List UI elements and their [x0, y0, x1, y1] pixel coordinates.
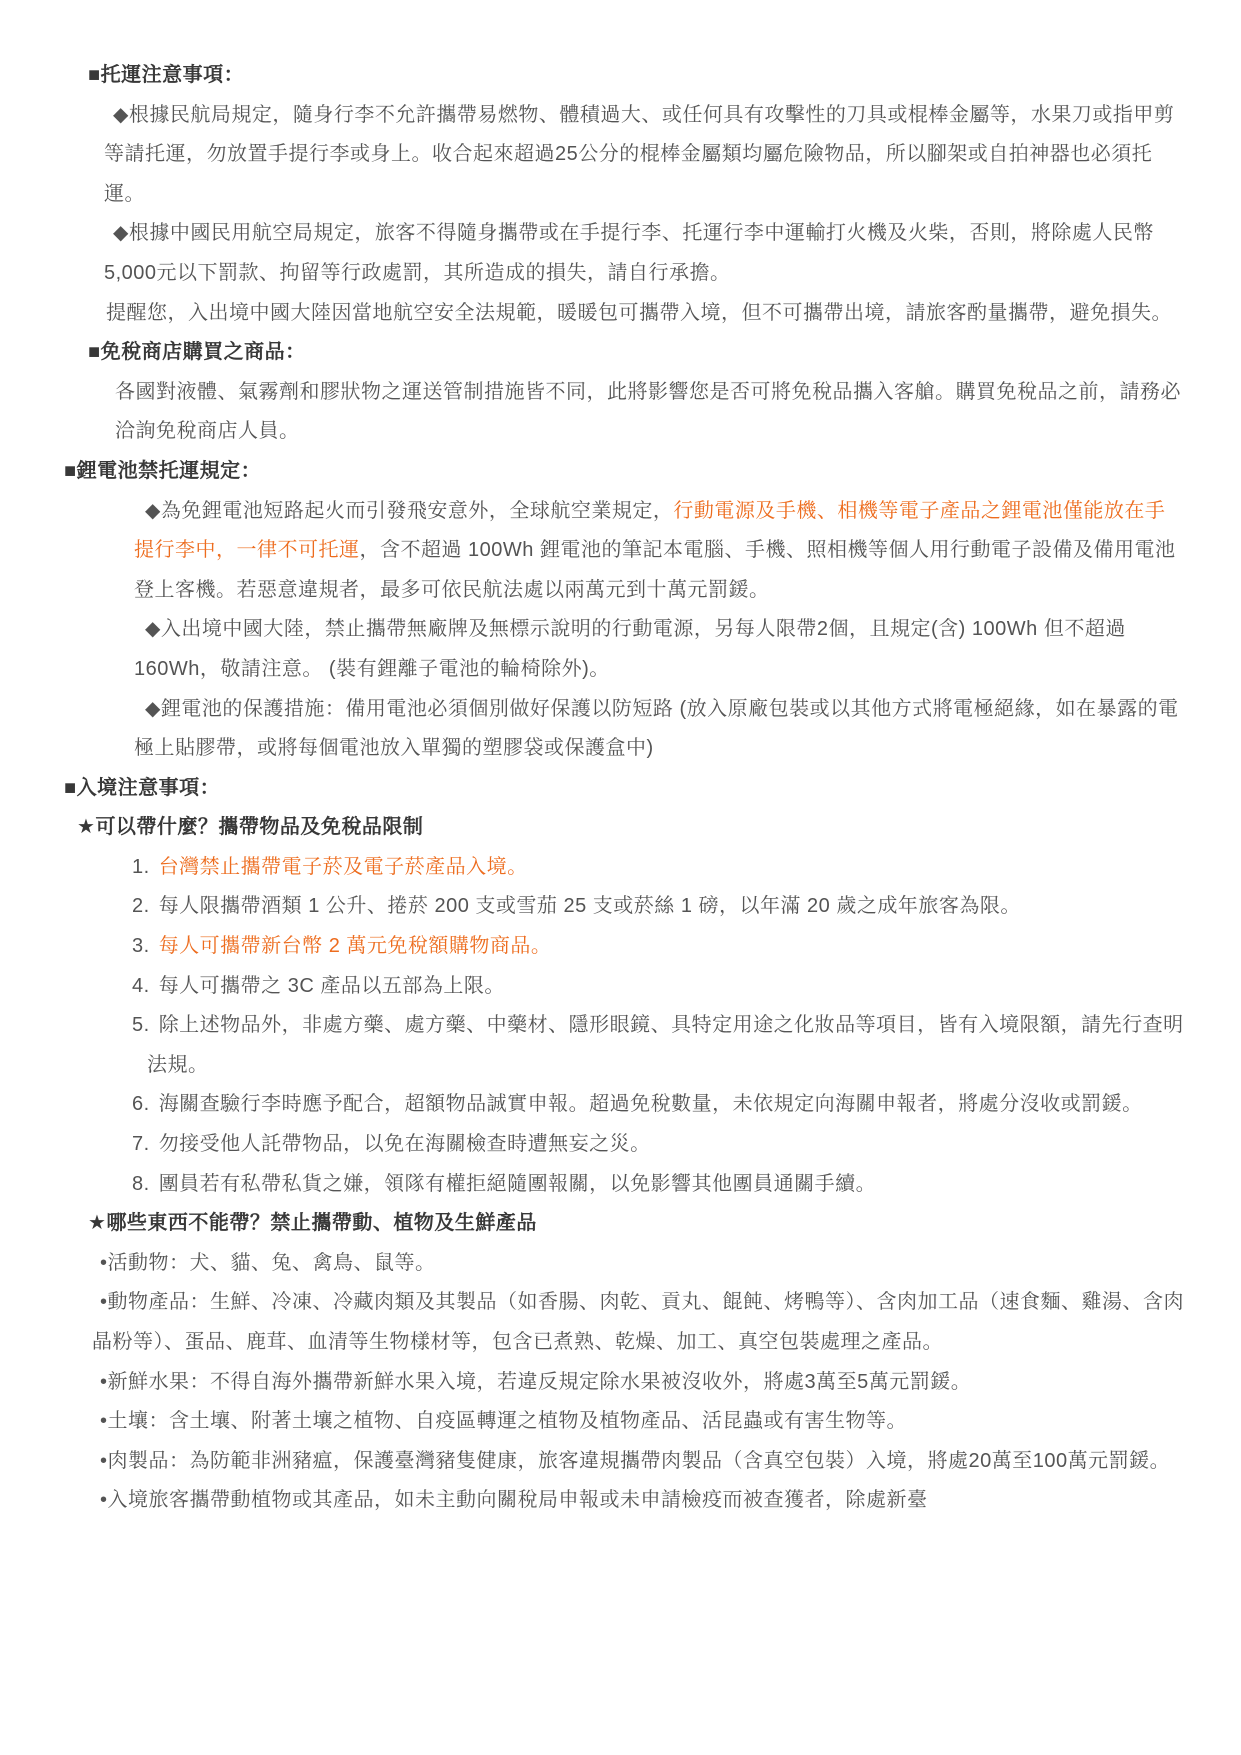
- list-item-2-alcohol-tobacco-limit-text-0: 每人限攜帶酒類 1 公升、捲菸 200 支或雪茄 25 支或菸絲 1 磅，以年滿…: [159, 895, 1021, 917]
- section-heading-checked-baggage-notice-text-0: 托運注意事項：: [101, 64, 245, 86]
- section-heading-duty-free-goods-marker: ■: [88, 341, 101, 363]
- list-item-2-alcohol-tobacco-limit-marker: 2.: [132, 895, 150, 917]
- list-item-7-no-carrying-for-others: 7.勿接受他人託帶物品，以免在海關檢查時遭無妄之災。: [0, 1125, 1185, 1165]
- bullet-soil: •土壤：含土壤、附著土壤之植物、自疫區轉運之植物及植物產品、活昆蟲或有害生物等。: [0, 1402, 1185, 1442]
- list-item-4-3c-product-limit-text-0: 每人可攜帶之 3C 產品以五部為上限。: [159, 975, 505, 997]
- subheading-what-cannot-bring: ★哪些東西不能帶？禁止攜帶動、植物及生鮮產品: [0, 1204, 1185, 1244]
- paragraph-warmer-pack-reminder: 提醒您，入出境中國大陸因當地航空安全法規範，暖暖包可攜帶入境，但不可攜帶出境，請…: [0, 294, 1185, 334]
- section-heading-lithium-battery-rule-marker: ■: [64, 460, 77, 482]
- bullet-animal-products-text-0: 動物產品：生鮮、冷凍、冷藏肉類及其製品（如香腸、肉乾、貢丸、餛飩、烤鴨等）、含肉…: [92, 1291, 1184, 1353]
- subheading-what-can-bring-marker: ★: [77, 816, 95, 838]
- list-item-3-duty-free-allowance-text-0: 每人可攜帶新台幣 2 萬元免稅額購物商品。: [159, 935, 552, 957]
- list-item-8-smuggling-refusal-marker: 8.: [132, 1173, 150, 1195]
- document-content: ■托運注意事項：◆根據民航局規定，隨身行李不允許攜帶易燃物、體積過大、或任何具有…: [0, 56, 1185, 1521]
- list-item-1-ecigarette-ban: 1.台灣禁止攜帶電子菸及電子菸產品入境。: [0, 848, 1185, 888]
- section-heading-duty-free-goods: ■免稅商店購買之商品：: [0, 333, 1185, 373]
- list-item-4-3c-product-limit: 4.每人可攜帶之 3C 產品以五部為上限。: [0, 967, 1185, 1007]
- section-heading-entry-notice: ■入境注意事項：: [0, 769, 1185, 809]
- paragraph-caa-carry-on-rule: ◆根據民航局規定，隨身行李不允許攜帶易燃物、體積過大、或任何具有攻擊性的刀具或棍…: [0, 96, 1185, 215]
- section-heading-entry-notice-marker: ■: [64, 777, 77, 799]
- bullet-fresh-fruit-text-0: 新鮮水果：不得自海外攜帶新鮮水果入境，若違反規定除水果被沒收外，將處3萬至5萬元…: [108, 1371, 972, 1393]
- section-heading-lithium-battery-rule: ■鋰電池禁托運規定：: [0, 452, 1185, 492]
- paragraph-warmer-pack-reminder-text-0: 提醒您，入出境中國大陸因當地航空安全法規範，暖暖包可攜帶入境，但不可攜帶出境，請…: [106, 302, 1172, 324]
- bullet-live-animals-marker: •: [100, 1252, 108, 1274]
- list-item-6-customs-declaration: 6.海關查驗行李時應予配合，超額物品誠實申報。超過免稅數量，未依規定向海關申報者…: [0, 1085, 1185, 1125]
- paragraph-china-lighter-match-rule: ◆根據中國民用航空局規定，旅客不得隨身攜帶或在手提行李、托運行李中運輸打火機及火…: [0, 214, 1185, 293]
- section-heading-checked-baggage-notice: ■托運注意事項：: [0, 56, 1185, 96]
- bullet-undeclared-plants-animals-text-0: 入境旅客攜帶動植物或其產品，如未主動向關稅局申報或未申請檢疫而被查獲者，除處新臺: [108, 1489, 928, 1511]
- list-item-7-no-carrying-for-others-marker: 7.: [132, 1133, 150, 1155]
- travel-notice-document: ■托運注意事項：◆根據民航局規定，隨身行李不允許攜帶易燃物、體積過大、或任何具有…: [0, 0, 1241, 1561]
- bullet-soil-text-0: 土壤：含土壤、附著土壤之植物、自疫區轉運之植物及植物產品、活昆蟲或有害生物等。: [108, 1410, 908, 1432]
- list-item-8-smuggling-refusal: 8.團員若有私帶私貨之嫌，領隊有權拒絕隨團報關，以免影響其他團員通關手續。: [0, 1165, 1185, 1205]
- bullet-meat-products: •肉製品：為防範非洲豬瘟，保護臺灣豬隻健康，旅客違規攜帶肉製品（含真空包裝）入境…: [0, 1442, 1185, 1482]
- list-item-3-duty-free-allowance-marker: 3.: [132, 935, 150, 957]
- bullet-soil-marker: •: [100, 1410, 108, 1432]
- list-item-3-duty-free-allowance: 3.每人可攜帶新台幣 2 萬元免稅額購物商品。: [0, 927, 1185, 967]
- bullet-fresh-fruit: •新鮮水果：不得自海外攜帶新鮮水果入境，若違反規定除水果被沒收外，將處3萬至5萬…: [0, 1363, 1185, 1403]
- paragraph-caa-carry-on-rule-text-0: 根據民航局規定，隨身行李不允許攜帶易燃物、體積過大、或任何具有攻擊性的刀具或棍棒…: [104, 104, 1174, 205]
- list-item-8-smuggling-refusal-text-0: 團員若有私帶私貨之嫌，領隊有權拒絕隨團報關，以免影響其他團員通關手續。: [159, 1173, 877, 1195]
- section-heading-lithium-battery-rule-text-0: 鋰電池禁托運規定：: [77, 460, 262, 482]
- bullet-meat-products-text-0: 肉製品：為防範非洲豬瘟，保護臺灣豬隻健康，旅客違規攜帶肉製品（含真空包裝）入境，…: [108, 1450, 1171, 1472]
- list-item-6-customs-declaration-marker: 6.: [132, 1093, 150, 1115]
- paragraph-caa-carry-on-rule-marker: ◆: [113, 104, 129, 126]
- list-item-4-3c-product-limit-marker: 4.: [132, 975, 150, 997]
- paragraph-duty-free-liquid-rule-text-0: 各國對液體、氣霧劑和膠狀物之運送管制措施皆不同，此將影響您是否可將免稅品攜入客艙…: [115, 381, 1181, 443]
- list-item-2-alcohol-tobacco-limit: 2.每人限攜帶酒類 1 公升、捲菸 200 支或雪茄 25 支或菸絲 1 磅，以…: [0, 887, 1185, 927]
- bullet-animal-products-marker: •: [100, 1291, 108, 1313]
- paragraph-battery-protection-measures: ◆鋰電池的保護措施：備用電池必須個別做好保護以防短路 (放入原廠包裝或以其他方式…: [0, 690, 1185, 769]
- list-item-7-no-carrying-for-others-text-0: 勿接受他人託帶物品，以免在海關檢查時遭無妄之災。: [159, 1133, 651, 1155]
- bullet-live-animals: •活動物：犬、貓、兔、禽鳥、鼠等。: [0, 1244, 1185, 1284]
- list-item-1-ecigarette-ban-text-0: 台灣禁止攜帶電子菸及電子菸產品入境。: [159, 856, 528, 878]
- bullet-live-animals-text-0: 活動物：犬、貓、兔、禽鳥、鼠等。: [108, 1252, 436, 1274]
- list-item-6-customs-declaration-text-0: 海關查驗行李時應予配合，超額物品誠實申報。超過免稅數量，未依規定向海關申報者，將…: [159, 1093, 1143, 1115]
- bullet-animal-products: •動物產品：生鮮、冷凍、冷藏肉類及其製品（如香腸、肉乾、貢丸、餛飩、烤鴨等）、含…: [0, 1283, 1185, 1362]
- paragraph-battery-protection-measures-marker: ◆: [145, 698, 161, 720]
- paragraph-lithium-battery-cabin-only-text-0: 為免鋰電池短路起火而引發飛安意外，全球航空業規定，: [161, 500, 674, 522]
- section-heading-entry-notice-text-0: 入境注意事項：: [77, 777, 221, 799]
- bullet-undeclared-plants-animals: •入境旅客攜帶動植物或其產品，如未主動向關稅局申報或未申請檢疫而被查獲者，除處新…: [0, 1481, 1185, 1521]
- list-item-5-medicine-cosmetics-limit: 5.除上述物品外，非處方藥、處方藥、中藥材、隱形眼鏡、具特定用途之化妝品等項目，…: [0, 1006, 1185, 1085]
- subheading-what-cannot-bring-marker: ★: [88, 1212, 106, 1234]
- subheading-what-can-bring-text-0: 可以帶什麼？攜帶物品及免稅品限制: [95, 816, 423, 838]
- paragraph-lithium-battery-cabin-only-marker: ◆: [145, 500, 161, 522]
- paragraph-china-lighter-match-rule-marker: ◆: [113, 222, 129, 244]
- list-item-5-medicine-cosmetics-limit-text-0: 除上述物品外，非處方藥、處方藥、中藥材、隱形眼鏡、具特定用途之化妝品等項目，皆有…: [147, 1014, 1184, 1076]
- list-item-1-ecigarette-ban-marker: 1.: [132, 856, 150, 878]
- paragraph-battery-protection-measures-text-0: 鋰電池的保護措施：備用電池必須個別做好保護以防短路 (放入原廠包裝或以其他方式將…: [134, 698, 1179, 760]
- paragraph-power-bank-china-limit-marker: ◆: [145, 618, 161, 640]
- section-heading-checked-baggage-notice-marker: ■: [88, 64, 101, 86]
- bullet-meat-products-marker: •: [100, 1450, 108, 1472]
- paragraph-lithium-battery-cabin-only: ◆為免鋰電池短路起火而引發飛安意外，全球航空業規定，行動電源及手機、相機等電子產…: [0, 492, 1185, 611]
- subheading-what-can-bring: ★可以帶什麼？攜帶物品及免稅品限制: [0, 808, 1185, 848]
- section-heading-duty-free-goods-text-0: 免稅商店購買之商品：: [101, 341, 306, 363]
- paragraph-power-bank-china-limit: ◆入出境中國大陸，禁止攜帶無廠牌及無標示說明的行動電源，另每人限帶2個，且規定(…: [0, 610, 1185, 689]
- paragraph-duty-free-liquid-rule: 各國對液體、氣霧劑和膠狀物之運送管制措施皆不同，此將影響您是否可將免稅品攜入客艙…: [0, 373, 1185, 452]
- subheading-what-cannot-bring-text-0: 哪些東西不能帶？禁止攜帶動、植物及生鮮產品: [106, 1212, 537, 1234]
- paragraph-china-lighter-match-rule-text-0: 根據中國民用航空局規定，旅客不得隨身攜帶或在手提行李、托運行李中運輸打火機及火柴…: [104, 222, 1154, 284]
- paragraph-power-bank-china-limit-text-0: 入出境中國大陸，禁止攜帶無廠牌及無標示說明的行動電源，另每人限帶2個，且規定(含…: [134, 618, 1132, 680]
- bullet-fresh-fruit-marker: •: [100, 1371, 108, 1393]
- list-item-5-medicine-cosmetics-limit-marker: 5.: [132, 1014, 150, 1036]
- bullet-undeclared-plants-animals-marker: •: [100, 1489, 108, 1511]
